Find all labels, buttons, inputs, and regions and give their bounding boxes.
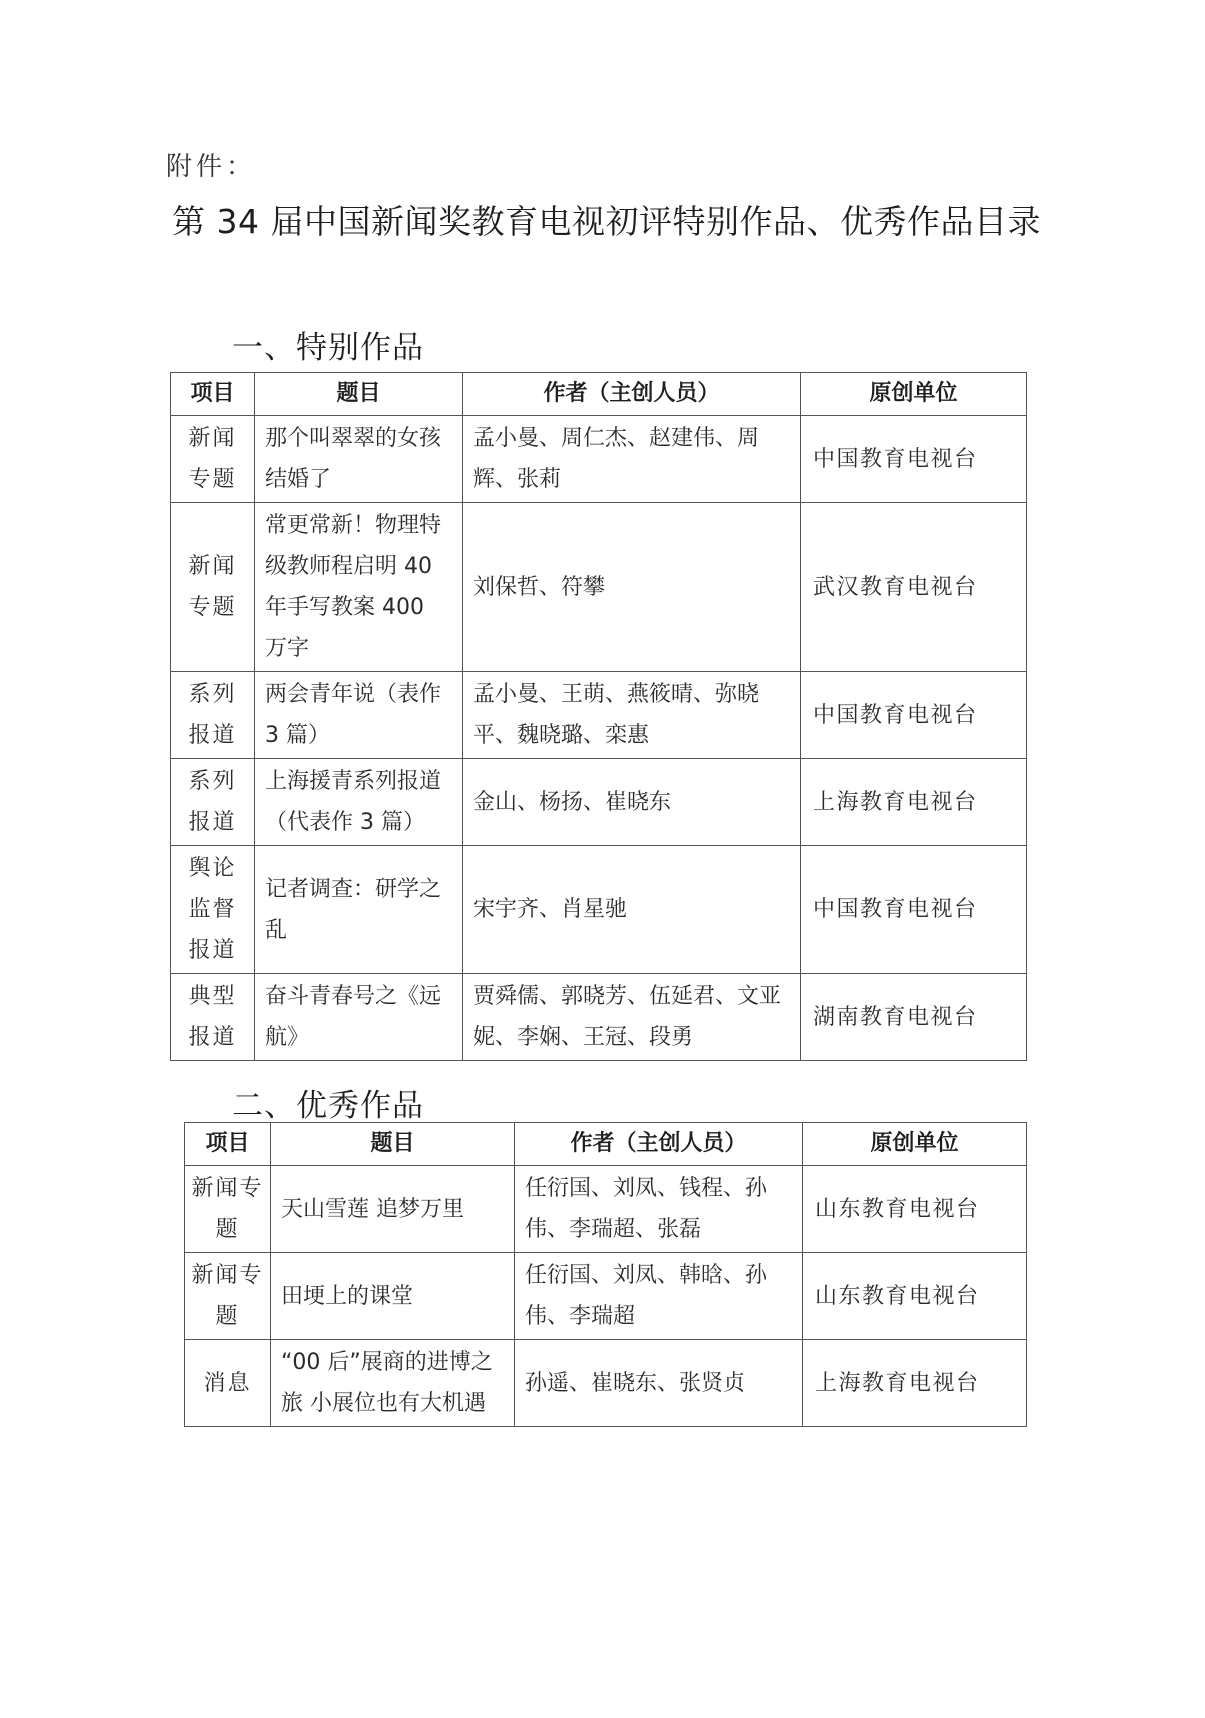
cell-title: 两会青年说（表作 3 篇） bbox=[255, 672, 463, 759]
cell-unit: 山东教育电视台 bbox=[803, 1166, 1027, 1253]
header-category: 项目 bbox=[185, 1123, 271, 1166]
cell-title: “00 后”展商的进博之旅 小展位也有大机遇 bbox=[271, 1340, 515, 1427]
cell-title: 上海援青系列报道（代表作 3 篇） bbox=[255, 759, 463, 846]
header-unit: 原创单位 bbox=[803, 1123, 1027, 1166]
cell-category: 新闻专题 bbox=[185, 1253, 271, 1340]
header-title: 题目 bbox=[271, 1123, 515, 1166]
table-row: 消息 “00 后”展商的进博之旅 小展位也有大机遇 孙遥、崔晓东、张贤贞 上海教… bbox=[185, 1340, 1027, 1427]
table-row: 系列报道 两会青年说（表作 3 篇） 孟小曼、王萌、燕筱晴、弥晓平、魏晓璐、栾惠… bbox=[171, 672, 1027, 759]
cell-unit: 上海教育电视台 bbox=[803, 1340, 1027, 1427]
cell-category: 舆论监督报道 bbox=[171, 846, 255, 974]
table-row: 新闻专题 常更常新！物理特级教师程启明 40 年手写教案 400 万字 刘保哲、… bbox=[171, 503, 1027, 672]
cell-authors: 任衍国、刘凤、钱程、孙伟、李瑞超、张磊 bbox=[515, 1166, 803, 1253]
cell-title: 天山雪莲 追梦万里 bbox=[271, 1166, 515, 1253]
cell-authors: 孟小曼、王萌、燕筱晴、弥晓平、魏晓璐、栾惠 bbox=[463, 672, 801, 759]
cell-category: 系列报道 bbox=[171, 672, 255, 759]
cell-unit: 湖南教育电视台 bbox=[801, 974, 1027, 1061]
cell-unit: 山东教育电视台 bbox=[803, 1253, 1027, 1340]
cell-authors: 宋宇齐、肖星驰 bbox=[463, 846, 801, 974]
cell-category: 新闻专题 bbox=[171, 503, 255, 672]
table-row: 系列报道 上海援青系列报道（代表作 3 篇） 金山、杨扬、崔晓东 上海教育电视台 bbox=[171, 759, 1027, 846]
cell-authors: 孙遥、崔晓东、张贤贞 bbox=[515, 1340, 803, 1427]
cell-unit: 武汉教育电视台 bbox=[801, 503, 1027, 672]
table-row: 舆论监督报道 记者调查：研学之乱 宋宇齐、肖星驰 中国教育电视台 bbox=[171, 846, 1027, 974]
cell-unit: 中国教育电视台 bbox=[801, 846, 1027, 974]
cell-title: 记者调查：研学之乱 bbox=[255, 846, 463, 974]
header-authors: 作者（主创人员） bbox=[515, 1123, 803, 1166]
table-row: 新闻专题 天山雪莲 追梦万里 任衍国、刘凤、钱程、孙伟、李瑞超、张磊 山东教育电… bbox=[185, 1166, 1027, 1253]
cell-unit: 中国教育电视台 bbox=[801, 672, 1027, 759]
cell-title: 奋斗青春号之《远航》 bbox=[255, 974, 463, 1061]
excellent-works-table: 项目 题目 作者（主创人员） 原创单位 新闻专题 天山雪莲 追梦万里 任衍国、刘… bbox=[184, 1122, 1027, 1427]
table-row: 新闻专题 那个叫翠翠的女孩结婚了 孟小曼、周仁杰、赵建伟、周辉、张莉 中国教育电… bbox=[171, 416, 1027, 503]
cell-title: 常更常新！物理特级教师程启明 40 年手写教案 400 万字 bbox=[255, 503, 463, 672]
document-title: 第 34 届中国新闻奖教育电视初评特别作品、优秀作品目录 bbox=[172, 196, 1041, 243]
table-header-row: 项目 题目 作者（主创人员） 原创单位 bbox=[171, 373, 1027, 416]
cell-authors: 孟小曼、周仁杰、赵建伟、周辉、张莉 bbox=[463, 416, 801, 503]
cell-authors: 刘保哲、符攀 bbox=[463, 503, 801, 672]
table-row: 新闻专题 田埂上的课堂 任衍国、刘凤、韩晗、孙伟、李瑞超 山东教育电视台 bbox=[185, 1253, 1027, 1340]
attachment-label: 附件： bbox=[166, 146, 256, 183]
cell-title: 那个叫翠翠的女孩结婚了 bbox=[255, 416, 463, 503]
cell-category: 新闻专题 bbox=[185, 1166, 271, 1253]
cell-unit: 中国教育电视台 bbox=[801, 416, 1027, 503]
special-works-table: 项目 题目 作者（主创人员） 原创单位 新闻专题 那个叫翠翠的女孩结婚了 孟小曼… bbox=[170, 372, 1027, 1061]
table-header-row: 项目 题目 作者（主创人员） 原创单位 bbox=[185, 1123, 1027, 1166]
cell-authors: 金山、杨扬、崔晓东 bbox=[463, 759, 801, 846]
table-row: 典型报道 奋斗青春号之《远航》 贾舜儒、郭晓芳、伍延君、文亚妮、李娴、王冠、段勇… bbox=[171, 974, 1027, 1061]
section-heading-excellent: 二、优秀作品 bbox=[232, 1080, 424, 1125]
cell-unit: 上海教育电视台 bbox=[801, 759, 1027, 846]
header-unit: 原创单位 bbox=[801, 373, 1027, 416]
cell-category: 典型报道 bbox=[171, 974, 255, 1061]
section-heading-special: 一、特别作品 bbox=[232, 322, 424, 367]
header-authors: 作者（主创人员） bbox=[463, 373, 801, 416]
cell-category: 系列报道 bbox=[171, 759, 255, 846]
header-title: 题目 bbox=[255, 373, 463, 416]
cell-authors: 任衍国、刘凤、韩晗、孙伟、李瑞超 bbox=[515, 1253, 803, 1340]
cell-category: 新闻专题 bbox=[171, 416, 255, 503]
cell-title: 田埂上的课堂 bbox=[271, 1253, 515, 1340]
cell-category: 消息 bbox=[185, 1340, 271, 1427]
cell-authors: 贾舜儒、郭晓芳、伍延君、文亚妮、李娴、王冠、段勇 bbox=[463, 974, 801, 1061]
header-category: 项目 bbox=[171, 373, 255, 416]
